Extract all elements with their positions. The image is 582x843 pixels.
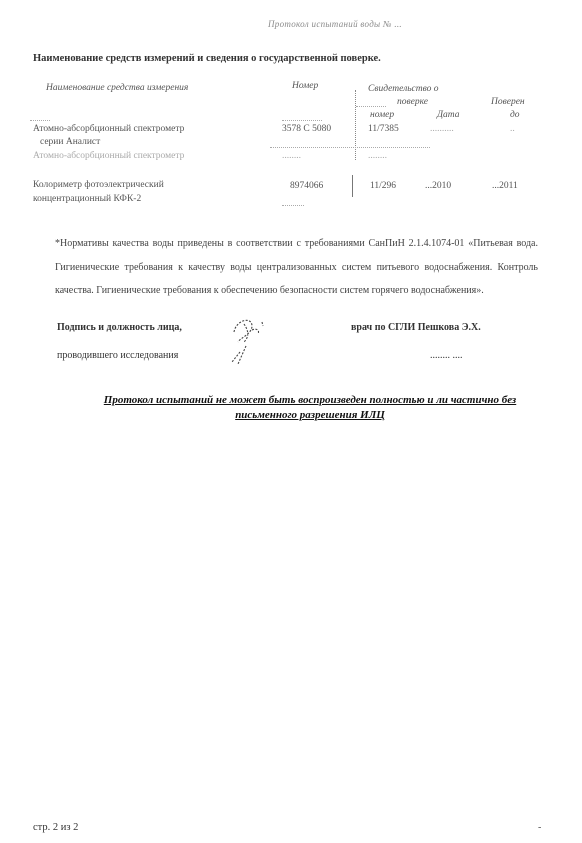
running-header: Протокол испытаний воды № ... [268,19,402,29]
handwritten-signature-icon [222,312,272,370]
instrument-number: 3578 С 5080 [282,124,331,134]
footer-mark: - [538,822,541,833]
page-number: стр. 2 из 2 [33,822,78,833]
reproduction-warning: Протокол испытаний не может быть воспрои… [80,393,540,423]
next-check-date: .. [510,124,515,134]
instrument-name: Колориметр фотоэлектрический [33,180,164,190]
column-header-certificate-sub: поверке [397,97,428,107]
table-rule [282,120,322,121]
signatory-position-name: врач по СГЛИ Пешкова Э.Х. [351,322,481,333]
column-header-next-check-sub: до [510,110,520,120]
instrument-name: Атомно-абсорбционный спектрометр [33,151,184,161]
signature-label-cont: проводившего исследования [57,350,178,361]
instrument-name: Атомно-абсорбционный спектрометр [33,124,184,134]
table-column-divider [352,175,353,197]
column-header-next-check: Поверен [491,97,525,107]
table-rule [270,147,430,148]
footnote-standards: *Нормативы качества воды приведены в соо… [55,232,538,303]
section-title: Наименование средств измерений и сведени… [33,53,381,64]
table-rule [356,106,386,107]
instrument-name-cont: концентрационный КФК-2 [33,194,141,204]
table-rule [30,120,50,121]
signature-label: Подпись и должность лица, [57,322,182,333]
certificate-date: .......... [430,124,454,134]
table-column-divider [355,90,356,160]
column-header-cert-date: Дата [437,110,460,120]
instrument-number: ........ [282,151,301,161]
instrument-name-cont: серии Аналист [40,137,100,147]
column-header-cert-number: номер [370,110,394,120]
certificate-number: 11/296 [370,181,396,191]
instrument-number: 8974066 [290,181,323,191]
next-check-date: ...2011 [492,181,518,191]
column-header-number: Номер [292,81,318,91]
certificate-number: 11/7385 [368,124,399,134]
certificate-number: ........ [368,151,387,161]
table-rule [282,205,304,206]
column-header-certificate: Свидетельство о [368,84,438,94]
certificate-date: ...2010 [425,181,451,191]
signature-date: ........ .... [430,350,463,361]
column-header-name: Наименование средства измерения [46,83,188,93]
